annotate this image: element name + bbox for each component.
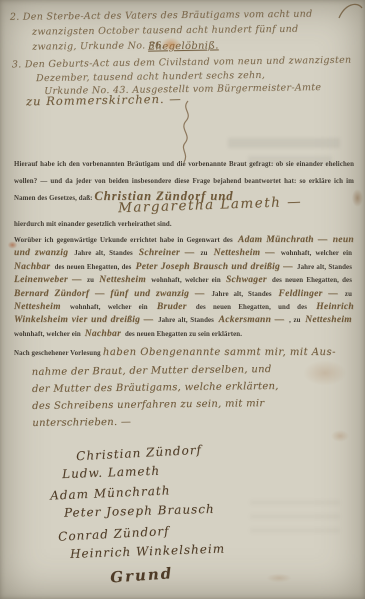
closing-printed-lead: Nach geschehener Vorlesung: [14, 350, 101, 357]
handwritten-line: unterschrieben. —: [32, 411, 354, 432]
paragraph-segment: wohnhaft, welcher ein: [70, 304, 148, 311]
paragraph-segment: Nettesheim —: [214, 248, 275, 258]
paragraph-segment: Schreiner —: [139, 248, 195, 258]
bleedthrough-ghost: [228, 138, 340, 148]
paragraph-segment: des neuen Ehegatten, des: [272, 277, 352, 284]
scanned-marriage-record-page: 2. Den Sterbe-Act des Vaters des Bräutig…: [0, 0, 365, 599]
paragraph-segment: Worüber ich gegenwärtige Urkunde erricht…: [14, 237, 233, 244]
paragraph-segment: Jahre alt, Standes: [211, 291, 271, 298]
paragraph-segment: , zu: [289, 317, 301, 324]
paragraph-segment: wohnhaft, welcher ein: [281, 250, 352, 257]
paragraph-segment: des neuen Ehegatten zu sein erklärten.: [125, 331, 242, 338]
paragraph-segment: zu: [201, 250, 208, 257]
paragraph-segment: des neuen Ehegatten, und des: [196, 304, 307, 311]
section-heading-ehegeloebniss: Ehegelöbniß.: [148, 40, 219, 52]
paragraph-segment: wohnhaft, welcher ein: [151, 277, 221, 284]
paragraph-segment: Jahre alt, Standes: [297, 264, 352, 271]
witnesses-paragraph: Worüber ich gegenwärtige Urkunde erricht…: [14, 234, 354, 341]
paragraph-segment: Nettesheim: [305, 315, 352, 325]
paragraph-segment: Schwager: [226, 275, 267, 285]
paragraph-segment: Bernard Zündorf — fünf und zwanzig —: [14, 289, 205, 299]
paragraph-segment: Nachbar: [85, 329, 121, 339]
marriage-statement: hierdurch mit einander gesetzlich verhei…: [14, 221, 172, 228]
paragraph-segment: Nettesheim: [99, 275, 146, 285]
paragraph-segment: Feldlinger —: [279, 289, 339, 299]
paragraph-segment: Ackersmann —: [219, 315, 285, 325]
signatures-block: Christian ZündorfLudw. LamethAdam Münchr…: [14, 439, 354, 579]
space-filler-squiggle: [176, 100, 198, 164]
paragraph-segment: Nachbar: [14, 262, 50, 272]
closing-handwritten-start: haben Obengenannte sammt mir, mit Aus-: [103, 347, 336, 358]
closing-paragraph: Nach geschehener Vorlesung haben Obengen…: [14, 344, 354, 430]
paragraph-segment: zu: [87, 277, 94, 284]
paragraph-segment: wohnhaft, welcher ein: [14, 331, 81, 338]
paragraph-segment: Adam Münchrath —: [238, 235, 328, 245]
paragraph-segment: Leinenweber —: [14, 275, 82, 285]
lower-text-column: Worüber ich gegenwärtige Urkunde erricht…: [14, 234, 354, 579]
closing-handwritten-lines: nahme der Braut, der Mutter derselben, u…: [32, 360, 355, 432]
paragraph-segment: Jahre alt, Standes: [158, 317, 214, 324]
place-line-rommerskirchen: zu Rommerskirchen. —: [26, 92, 182, 109]
paragraph-segment: Nettesheim: [14, 302, 61, 312]
paragraph-segment: zu: [345, 291, 352, 298]
paragraph-segment: Bruder: [157, 302, 187, 312]
paragraph-segment: des neuen Ehegatten, des: [55, 264, 132, 271]
paragraph-segment: Jahre alt, Standes: [74, 250, 133, 257]
paragraph-segment: Peter Joseph Brausch und dreißig —: [136, 262, 293, 272]
document-item-3: 3. Den Geburts-Act aus dem Civilstand vo…: [12, 54, 357, 99]
